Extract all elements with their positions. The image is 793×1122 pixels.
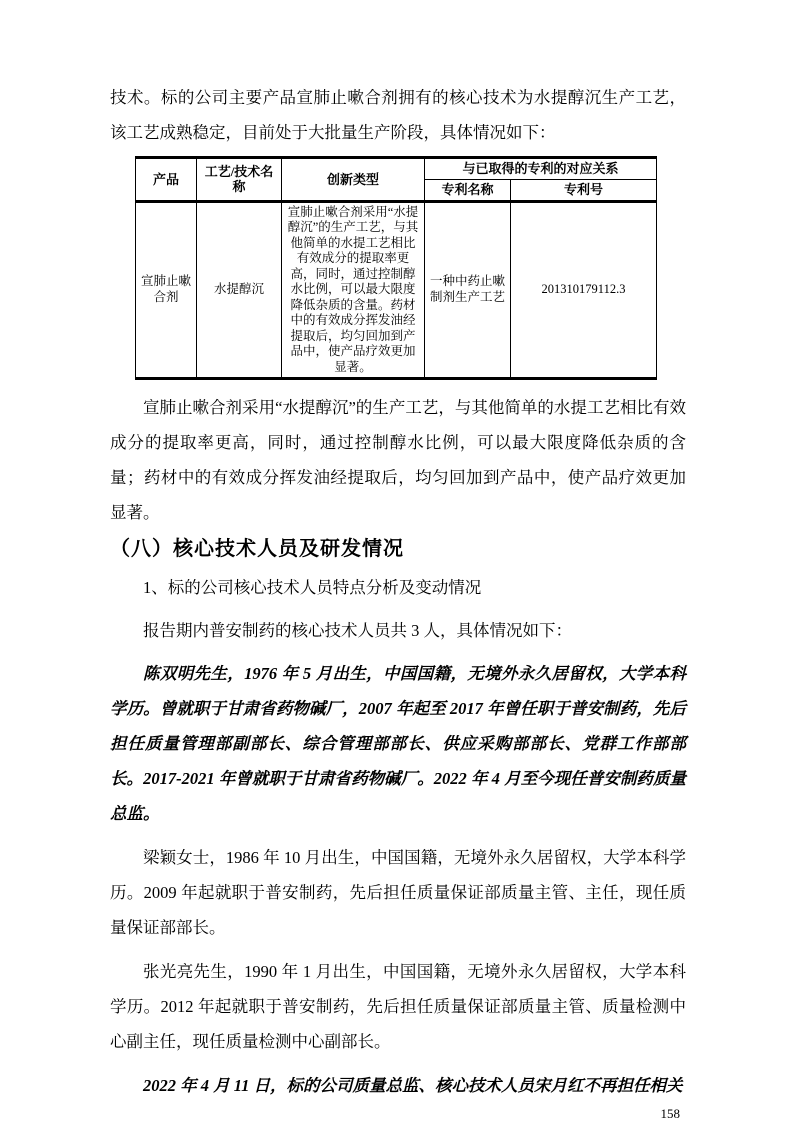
header-product: 产品	[136, 158, 197, 202]
cell-patent-name: 一种中药止嗽制剂生产工艺	[425, 201, 511, 379]
paragraph-person-3: 张光亮先生，1990 年 1 月出生，中国国籍，无境外永久居留权，大学本科学历。…	[110, 954, 686, 1059]
paragraph-lead: 报告期内普安制药的核心技术人员共 3 人，具体情况如下：	[110, 613, 686, 648]
paragraph-closing-partial: 2022 年 4 月 11 日，标的公司质量总监、核心技术人员宋月红不再担任相关	[110, 1068, 686, 1103]
cell-product: 宣肺止嗽合剂	[136, 201, 197, 379]
header-patent-name: 专利名称	[425, 180, 511, 202]
table-row: 宣肺止嗽合剂 水提醇沉 宣肺止嗽合剂采用“水提醇沉”的生产工艺，与其他简单的水提…	[136, 201, 657, 379]
section-heading: （八）核心技术人员及研发情况	[110, 536, 686, 562]
document-page: 技术。标的公司主要产品宣肺止嗽合剂拥有的核心技术为水提醇沉生产工艺，该工艺成熟稳…	[0, 0, 793, 1122]
header-patent-number: 专利号	[511, 180, 657, 202]
cell-innovation-type: 宣肺止嗽合剂采用“水提醇沉”的生产工艺，与其他简单的水提工艺相比有效成分的提取率…	[282, 201, 425, 379]
paragraph-intro: 技术。标的公司主要产品宣肺止嗽合剂拥有的核心技术为水提醇沉生产工艺，该工艺成熟稳…	[110, 80, 686, 150]
header-process-name: 工艺/技术名称	[197, 158, 282, 202]
patent-table: 产品 工艺/技术名称 创新类型 与已取得的专利的对应关系 专利名称 专利号 宣肺…	[135, 156, 657, 380]
cell-process-name: 水提醇沉	[197, 201, 282, 379]
page-number: 158	[110, 1105, 680, 1122]
header-patent-relation: 与已取得的专利的对应关系	[425, 158, 657, 180]
paragraph-person-2: 梁颖女士，1986 年 10 月出生，中国国籍，无境外永久居留权，大学本科学历。…	[110, 840, 686, 945]
patent-table-header: 产品 工艺/技术名称 创新类型 与已取得的专利的对应关系 专利名称 专利号	[136, 158, 657, 202]
paragraph-person-1: 陈双明先生，1976 年 5 月出生，中国国籍，无境外永久居留权，大学本科学历。…	[110, 656, 686, 831]
sub-heading: 1、标的公司核心技术人员特点分析及变动情况	[110, 570, 686, 605]
paragraph-summary: 宣肺止嗽合剂采用“水提醇沉”的生产工艺，与其他简单的水提工艺相比有效成分的提取率…	[110, 390, 686, 530]
header-innovation-type: 创新类型	[282, 158, 425, 202]
cell-patent-number: 201310179112.3	[511, 201, 657, 379]
